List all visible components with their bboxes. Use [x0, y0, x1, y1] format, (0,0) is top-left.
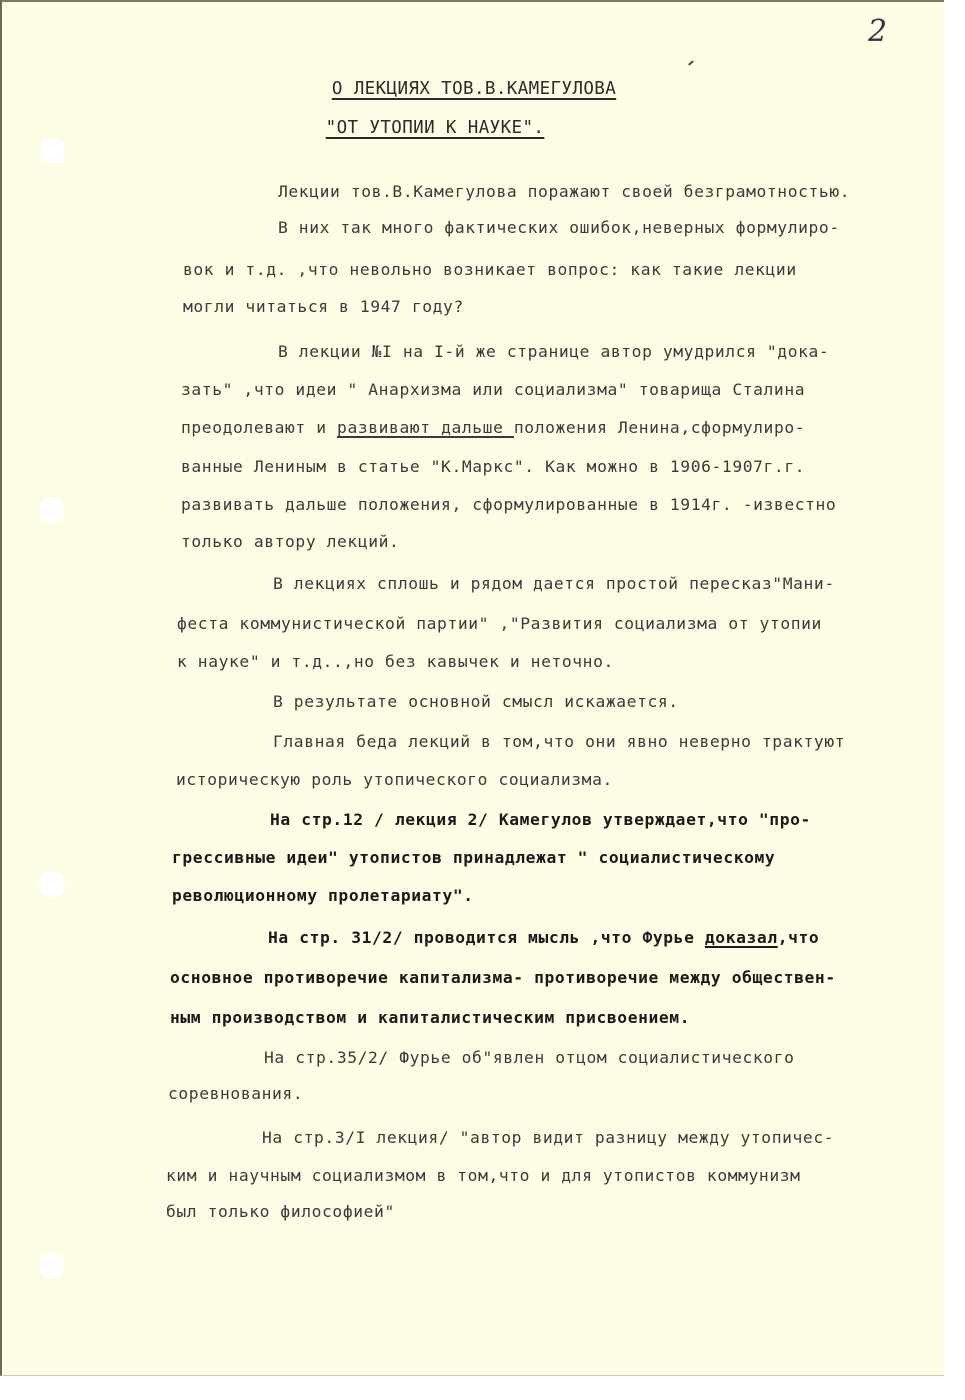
text-line: В них так много фактических ошибок,невер… — [278, 218, 840, 237]
text-line: к науке" и т.д..,но без кавычек и неточн… — [177, 652, 614, 671]
document-title: О ЛЕКЦИЯХ ТОВ.В.КАМЕГУЛОВА — [2, 79, 946, 99]
text-line: революционному пролетариату". — [172, 886, 474, 905]
text-line: только автору лекций. — [181, 532, 399, 551]
text-line: На стр.35/2/ Фурье об"явлен отцом социал… — [264, 1048, 795, 1067]
underlined-word: доказал — [705, 928, 778, 947]
text-line: соревнования. — [168, 1084, 303, 1103]
binder-hole — [39, 1252, 65, 1278]
binder-hole — [39, 872, 65, 898]
text-line: зать" ,что идеи " Анархизма или социализ… — [181, 380, 805, 399]
document-page: 2 О ЛЕКЦИЯХ ТОВ.В.КАМЕГУЛОВА "ОТ УТОПИИ … — [0, 0, 944, 1376]
pen-mark — [688, 60, 694, 65]
text-line: ванные Лениным в статье "К.Маркс". Как м… — [181, 457, 805, 476]
text-line: В лекции №I на I-й же странице автор уму… — [278, 342, 829, 361]
text-line: На стр.12 / лекция 2/ Камегулов утвержда… — [270, 810, 811, 829]
text-line: феста коммунистической партии" ,"Развити… — [177, 614, 822, 633]
text-segment: положения Ленина,сформулиро- — [514, 418, 805, 437]
text-segment: преодолевают и — [181, 418, 337, 437]
page-number: 2 — [868, 14, 887, 49]
text-segment: ,что — [778, 928, 820, 947]
text-line: В лекциях сплошь и рядом дается простой … — [273, 574, 835, 593]
text-line: ным производством и капиталистическим пр… — [170, 1008, 690, 1027]
text-line: был только философией" — [166, 1202, 395, 1221]
text-line: могли читаться в 1947 году? — [183, 297, 464, 316]
document-subtitle: "ОТ УТОПИИ К НАУКЕ". — [0, 118, 907, 138]
text-line: грессивные идеи" утопистов принадлежат "… — [172, 848, 775, 867]
text-line: На стр.3/I лекция/ "автор видит разницу … — [262, 1128, 834, 1147]
text-line: основное противоречие капитализма- проти… — [170, 968, 836, 987]
binder-hole — [39, 498, 65, 524]
text-line: На стр. 31/2/ проводится мысль ,что Фурь… — [268, 928, 819, 947]
text-line: ким и научным социализмом в том,что и дл… — [166, 1166, 801, 1185]
text-line: В результате основной смысл искажается. — [273, 692, 679, 711]
text-line: развивать дальше положения, сформулирова… — [181, 495, 836, 514]
text-line: Лекции тов.В.Камегулова поражают своей б… — [278, 182, 850, 201]
binder-hole — [39, 138, 65, 164]
text-line: Главная беда лекций в том,что они явно н… — [273, 732, 845, 751]
text-line: историческую роль утопического социализм… — [176, 770, 613, 789]
underlined-phrase: развивают дальше — [337, 418, 514, 437]
text-segment: На стр. 31/2/ проводится мысль ,что Фурь… — [268, 928, 705, 947]
text-line: вок и т.д. ,что невольно возникает вопро… — [183, 260, 797, 279]
text-line: преодолевают и развивают дальше положени… — [181, 418, 805, 437]
